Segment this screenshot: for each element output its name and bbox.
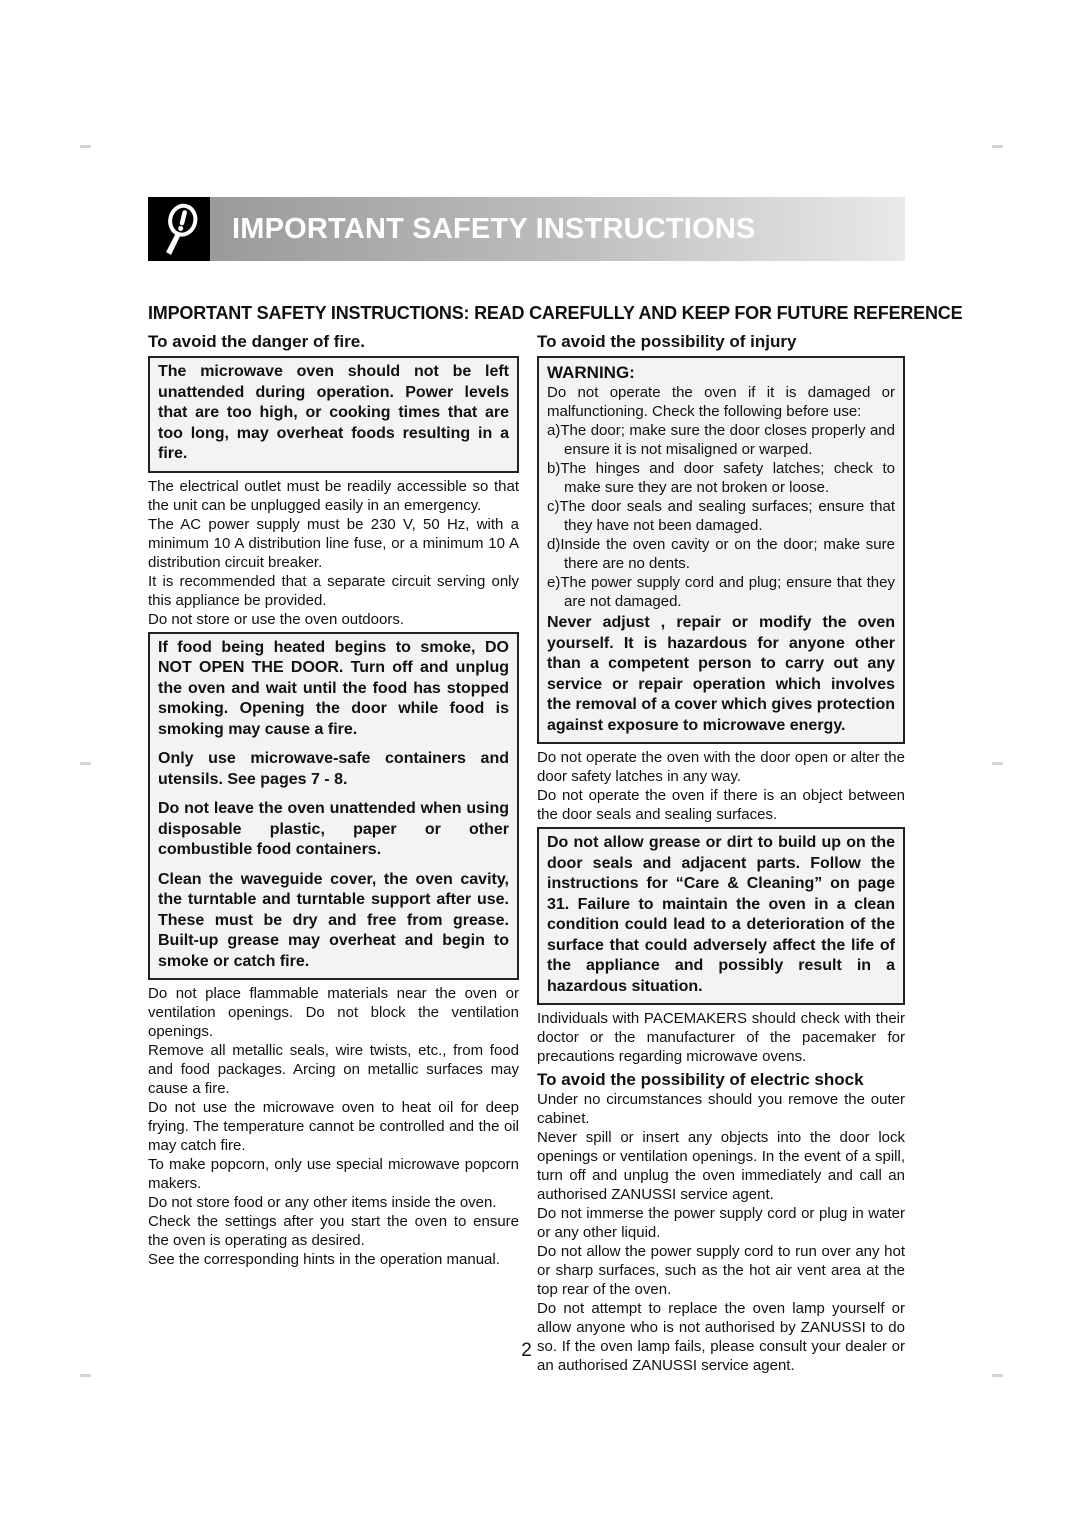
page-subtitle: IMPORTANT SAFETY INSTRUCTIONS: READ CARE… <box>148 303 905 324</box>
warning-paragraph: Never adjust , repair or modify the oven… <box>547 613 895 736</box>
page-number: 2 <box>148 1340 905 1362</box>
warning-paragraph: The microwave oven should not be left un… <box>158 362 509 465</box>
list-label: a) <box>547 422 560 439</box>
paragraph: The AC power supply must be 230 V, 50 Hz… <box>148 515 519 572</box>
paragraph: Do not store or use the oven outdoors. <box>148 610 519 629</box>
warning-paragraph: Do not leave the oven unattended when us… <box>158 799 509 861</box>
grease-warning-box: Do not allow grease or dirt to build up … <box>537 827 905 1005</box>
magnifier-exclamation-icon <box>148 197 210 261</box>
paragraph: Check the settings after you start the o… <box>148 1212 519 1250</box>
manual-page: IMPORTANT SAFETY INSTRUCTIONS IMPORTANT … <box>0 0 1080 1528</box>
smoke-warning-box: If food being heated begins to smoke, DO… <box>148 632 519 981</box>
crop-mark <box>992 762 1003 765</box>
crop-mark <box>80 145 91 148</box>
section-banner: IMPORTANT SAFETY INSTRUCTIONS <box>148 197 905 261</box>
warning-intro: Do not operate the oven if it is damaged… <box>547 383 895 421</box>
section-heading-fire: To avoid the danger of fire. <box>148 331 519 352</box>
section-heading-injury: To avoid the possibility of injury <box>537 331 905 352</box>
list-label: b) <box>547 460 560 477</box>
paragraph: Remove all metallic seals, wire twists, … <box>148 1041 519 1098</box>
crop-mark <box>80 762 91 765</box>
paragraph: It is recommended that a separate circui… <box>148 572 519 610</box>
list-label: d) <box>547 536 560 553</box>
list-text: The door; make sure the door closes prop… <box>560 422 895 458</box>
fire-warning-box: The microwave oven should not be left un… <box>148 356 519 473</box>
injury-warning-box: WARNING: Do not operate the oven if it i… <box>537 356 905 744</box>
warning-list-item: e)The power supply cord and plug; ensure… <box>547 573 895 611</box>
warning-title: WARNING: <box>547 362 895 383</box>
paragraph: Never spill or insert any objects into t… <box>537 1128 905 1204</box>
list-text: The hinges and door safety latches; chec… <box>560 460 895 496</box>
list-text: Inside the oven cavity or on the door; m… <box>560 536 895 572</box>
paragraph: See the corresponding hints in the opera… <box>148 1250 519 1269</box>
paragraph: The electrical outlet must be readily ac… <box>148 477 519 515</box>
banner-title: IMPORTANT SAFETY INSTRUCTIONS <box>232 197 756 261</box>
crop-mark <box>80 1374 91 1377</box>
paragraph: Do not attempt to replace the oven lamp … <box>537 1299 905 1375</box>
paragraph: To make popcorn, only use special microw… <box>148 1155 519 1193</box>
warning-paragraph: Clean the waveguide cover, the oven cavi… <box>158 870 509 973</box>
warning-list-item: c)The door seals and sealing surfaces; e… <box>547 497 895 535</box>
crop-mark <box>992 1374 1003 1377</box>
section-heading-electric-shock: To avoid the possibility of electric sho… <box>537 1069 905 1090</box>
crop-mark <box>992 145 1003 148</box>
paragraph: Under no circumstances should you remove… <box>537 1090 905 1128</box>
paragraph: Do not allow the power supply cord to ru… <box>537 1242 905 1299</box>
warning-list-item: d)Inside the oven cavity or on the door;… <box>547 535 895 573</box>
paragraph: Individuals with PACEMAKERS should check… <box>537 1009 905 1066</box>
left-column: To avoid the danger of fire. The microwa… <box>148 331 519 1269</box>
list-label: c) <box>547 498 560 515</box>
warning-paragraph: If food being heated begins to smoke, DO… <box>158 638 509 741</box>
list-text: The door seals and sealing surfaces; ens… <box>560 498 896 534</box>
paragraph: Do not store food or any other items ins… <box>148 1193 519 1212</box>
right-column: To avoid the possibility of injury WARNI… <box>537 331 905 1375</box>
paragraph: Do not place flammable materials near th… <box>148 984 519 1041</box>
paragraph: Do not immerse the power supply cord or … <box>537 1204 905 1242</box>
paragraph: Do not operate the oven with the door op… <box>537 748 905 786</box>
warning-paragraph: Do not allow grease or dirt to build up … <box>547 833 895 997</box>
warning-list-item: a)The door; make sure the door closes pr… <box>547 421 895 459</box>
list-label: e) <box>547 574 560 591</box>
list-text: The power supply cord and plug; ensure t… <box>560 574 895 610</box>
warning-paragraph: Only use microwave-safe containers and u… <box>158 749 509 790</box>
warning-list-item: b)The hinges and door safety latches; ch… <box>547 459 895 497</box>
paragraph: Do not use the microwave oven to heat oi… <box>148 1098 519 1155</box>
paragraph: Do not operate the oven if there is an o… <box>537 786 905 824</box>
